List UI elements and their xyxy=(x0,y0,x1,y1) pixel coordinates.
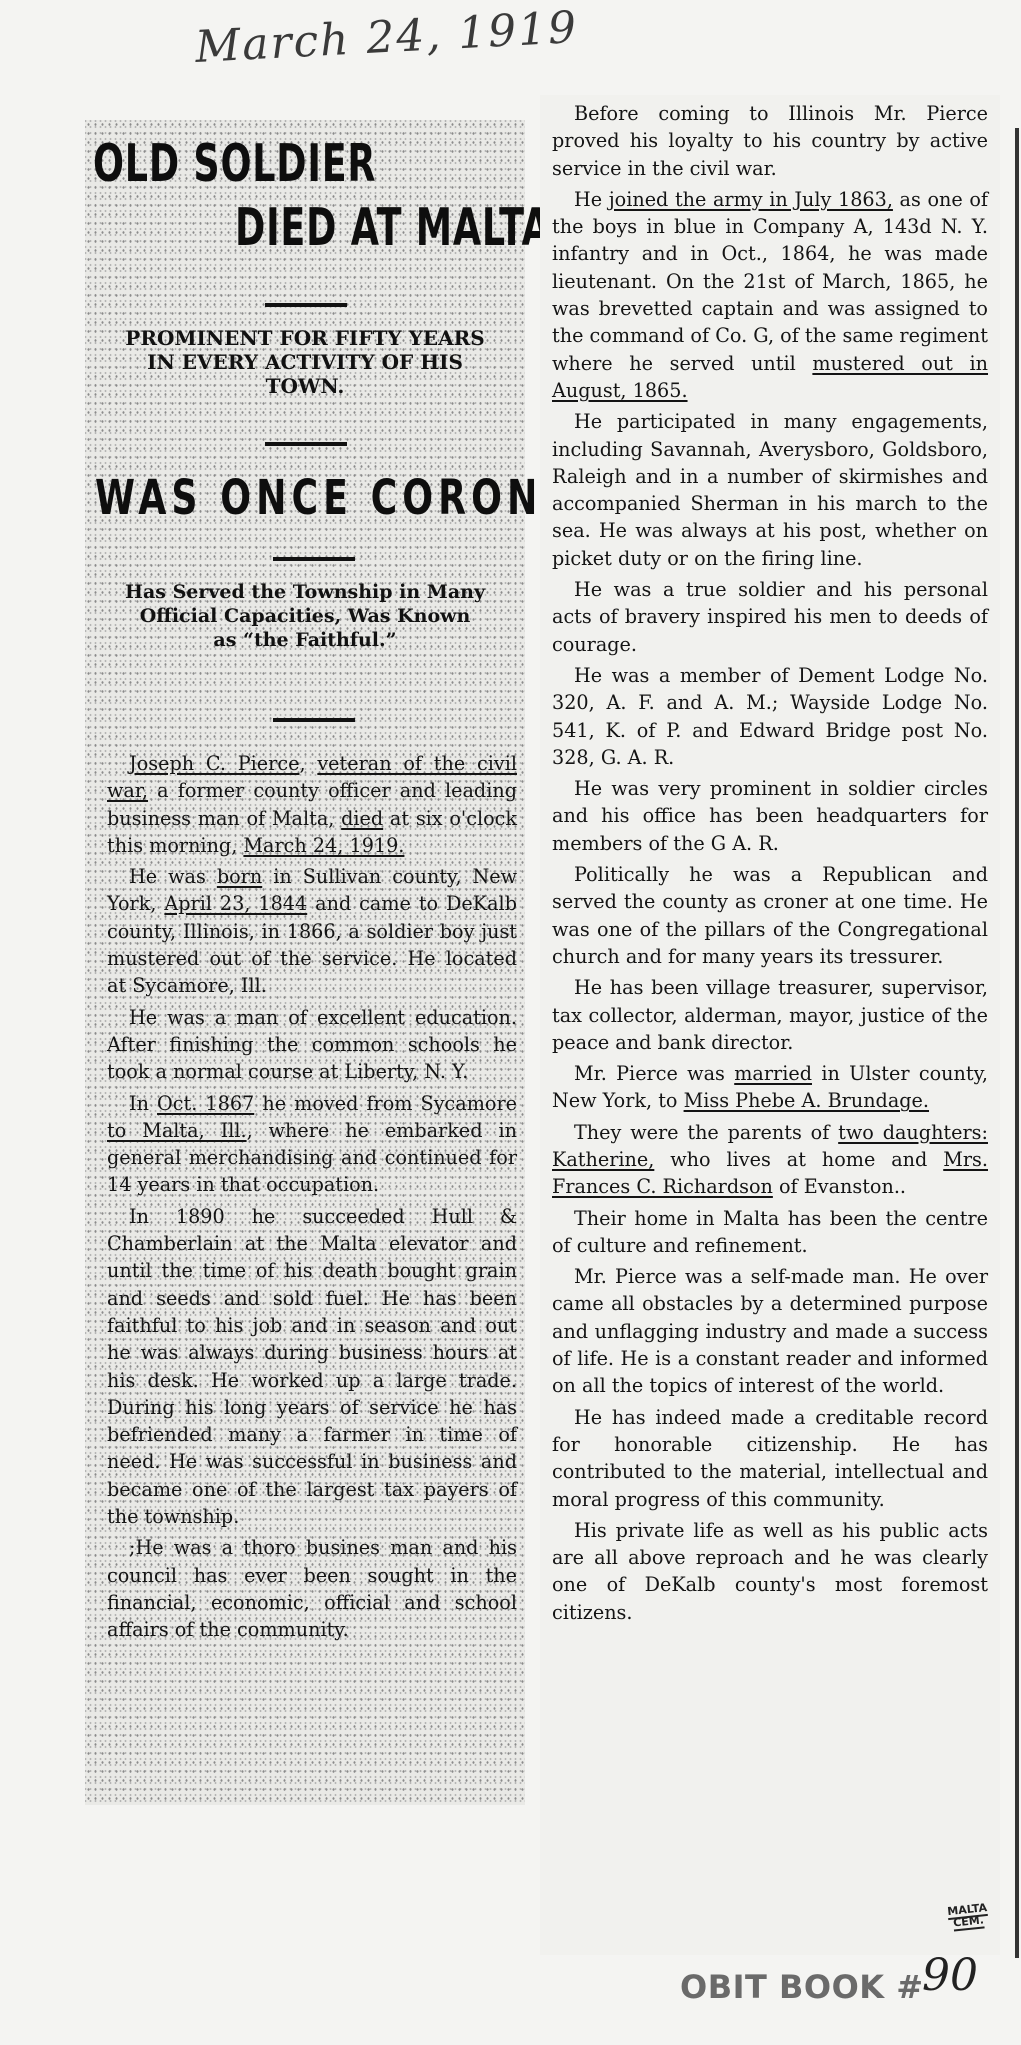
obit-book-stamp: OBIT BOOK # xyxy=(680,1968,924,2006)
paragraph: He was a man of excellent education. Aft… xyxy=(107,1004,517,1086)
underlined-text: Miss Phebe A. Brundage. xyxy=(684,1089,929,1112)
paragraph: Politically he was a Republican and serv… xyxy=(552,861,988,970)
underlined-text: Oct. 1867 xyxy=(157,1092,254,1115)
obit-book-number: 90 xyxy=(922,1950,978,2001)
paragraph: ;He was a thoro busines man and his coun… xyxy=(107,1534,517,1643)
paragraph: He has been village treasurer, superviso… xyxy=(552,974,988,1056)
text: He was xyxy=(129,865,217,888)
page-edge-divider xyxy=(1015,128,1019,1958)
divider-rule xyxy=(273,557,355,561)
article-body-right: Before coming to Illinois Mr. Pierce pro… xyxy=(552,100,988,1630)
paragraph: He was a true soldier and his personal a… xyxy=(552,576,988,658)
article-body-left: Joseph C. Pierce, veteran of the civil w… xyxy=(107,750,517,1648)
paragraph: He was a member of Dement Lodge No. 320,… xyxy=(552,662,988,771)
paragraph: Joseph C. Pierce, veteran of the civil w… xyxy=(107,750,517,859)
headline-2-text: WAS ONCE CORONER xyxy=(95,470,605,526)
text: of Evanston.. xyxy=(773,1175,906,1198)
handwritten-margin-note: MALTA CEM. xyxy=(947,1902,989,1930)
text: In xyxy=(129,1092,157,1115)
text: He xyxy=(574,188,609,211)
handwritten-date: March 24, 1919 xyxy=(194,2,579,73)
paragraph: His private life as well as his public a… xyxy=(552,1517,988,1626)
underlined-text: March 24, 1919. xyxy=(243,834,404,857)
text: he moved from Sycamore xyxy=(254,1092,517,1115)
paragraph: Mr. Pierce was married in Ulster county,… xyxy=(552,1060,988,1115)
paragraph: He joined the army in July 1863, as one … xyxy=(552,186,988,404)
underlined-text: April 23, 1844 xyxy=(164,892,307,915)
clipping-left-column: OLD SOLDIER DIED AT MALTA PROMINENT FOR … xyxy=(85,120,525,1805)
paragraph: He participated in many engagements, inc… xyxy=(552,408,988,572)
headline-line-2: DIED AT MALTA xyxy=(235,198,551,258)
deck-2: Has Served the Township in Many Official… xyxy=(85,580,525,652)
paragraph: Mr. Pierce was a self-made man. He over … xyxy=(552,1263,988,1399)
divider-rule xyxy=(265,303,347,307)
paragraph: He was very prominent in soldier circles… xyxy=(552,775,988,857)
underlined-text: joined the army in July 1863, xyxy=(609,188,893,211)
divider-rule xyxy=(273,718,355,722)
text: as one of the boys in blue in Company A,… xyxy=(552,188,988,375)
underlined-text: married xyxy=(734,1062,812,1085)
text: They were the parents of xyxy=(574,1121,838,1144)
paragraph: He has indeed made a creditable record f… xyxy=(552,1404,988,1513)
text: who lives at home and xyxy=(654,1148,943,1171)
text: , xyxy=(299,752,317,775)
paragraph: Before coming to Illinois Mr. Pierce pro… xyxy=(552,100,988,182)
paragraph: He was born in Sullivan county, New York… xyxy=(107,863,517,999)
underlined-text: died xyxy=(341,807,383,830)
paragraph: In 1890 he succeeded Hull & Chamberlain … xyxy=(107,1203,517,1531)
underlined-text: to Malta, Ill. xyxy=(107,1119,247,1142)
paragraph: They were the parents of two daughters: … xyxy=(552,1119,988,1201)
divider-rule xyxy=(265,442,347,446)
underlined-text: born xyxy=(217,865,262,888)
deck-1: PROMINENT FOR FIFTY YEARS IN EVERY ACTIV… xyxy=(85,326,525,398)
text: Mr. Pierce was xyxy=(574,1062,734,1085)
underlined-text: Joseph C. Pierce xyxy=(129,752,299,775)
headline-line-1: OLD SOLDIER xyxy=(93,134,376,194)
paragraph: In Oct. 1867 he moved from Sycamore to M… xyxy=(107,1090,517,1199)
paragraph: Their home in Malta has been the centre … xyxy=(552,1205,988,1260)
